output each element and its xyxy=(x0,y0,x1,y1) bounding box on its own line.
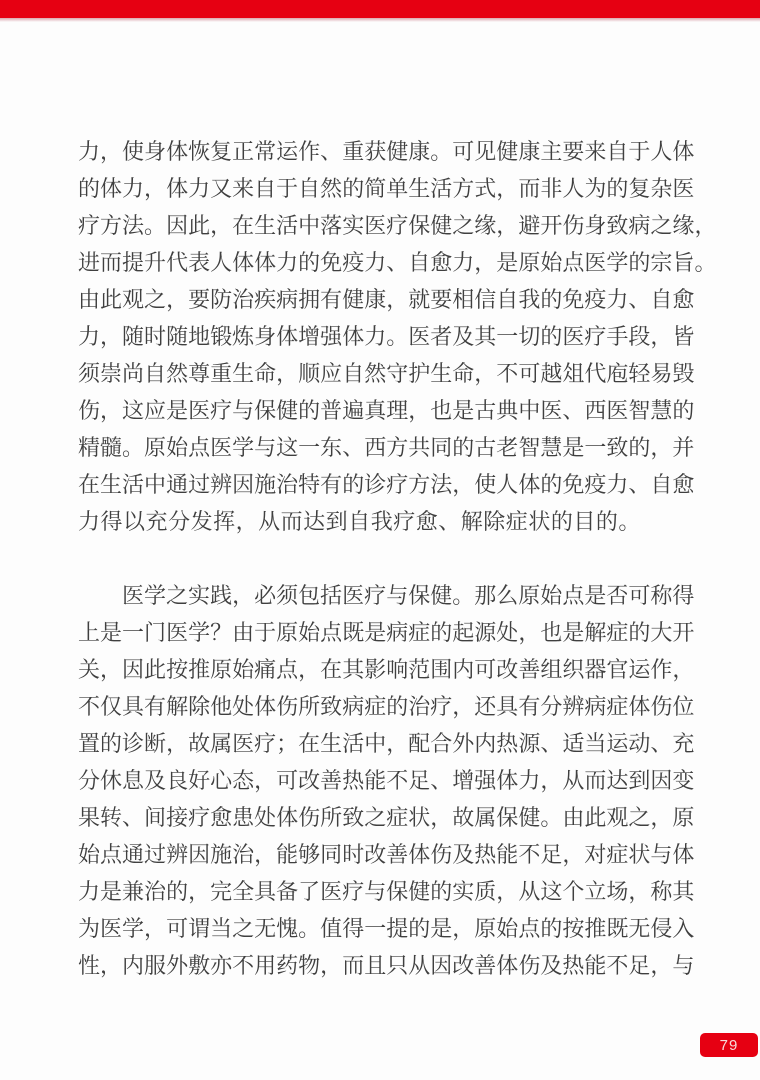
text-line: 精髓。原始点医学与这一东、西方共同的古老智慧是一致的，并 xyxy=(78,428,688,465)
text-line: 伤，这应是医疗与保健的普遍真理，也是古典中医、西医智慧的 xyxy=(78,391,688,428)
text-line: 上是一门医学？由于原始点既是病症的起源处，也是解症的大开 xyxy=(78,613,688,650)
text-line: 力得以充分发挥，从而达到自我疗愈、解除症状的目的。 xyxy=(78,502,688,539)
text-line: 在生活中通过辨因施治特有的诊疗方法，使人体的免疫力、自愈 xyxy=(78,465,688,502)
book-page: 力，使身体恢复正常运作、重获健康。可见健康主要来自于人体的体力，体力又来自于自然… xyxy=(0,0,760,1080)
text-line: 置的诊断，故属医疗；在生活中，配合外内热源、适当运动、充 xyxy=(78,724,688,761)
text-line: 性，内服外敷亦不用药物，而且只从因改善体伤及热能不足，与 xyxy=(78,946,688,983)
page-number-badge: 79 xyxy=(700,1033,758,1057)
text-line: 疗方法。因此，在生活中落实医疗保健之缘，避开伤身致病之缘， xyxy=(78,206,688,243)
text-line: 分休息及良好心态，可改善热能不足、增强体力，从而达到因变 xyxy=(78,761,688,798)
top-red-bar xyxy=(0,0,760,18)
text-line: 力是兼治的，完全具备了医疗与保健的实质，从这个立场，称其 xyxy=(78,872,688,909)
text-line: 医学之实践，必须包括医疗与保健。那么原始点是否可称得 xyxy=(78,576,688,613)
paragraph: 力，使身体恢复正常运作、重获健康。可见健康主要来自于人体的体力，体力又来自于自然… xyxy=(78,132,688,539)
text-line: 果转、间接疗愈患处体伤所致之症状，故属保健。由此观之，原 xyxy=(78,798,688,835)
paragraph: 医学之实践，必须包括医疗与保健。那么原始点是否可称得上是一门医学？由于原始点既是… xyxy=(78,576,688,983)
page-number: 79 xyxy=(720,1038,739,1053)
text-line: 始点通过辨因施治，能够同时改善体伤及热能不足，对症状与体 xyxy=(78,835,688,872)
text-line: 须崇尚自然尊重生命，顺应自然守护生命，不可越俎代庖轻易毁 xyxy=(78,354,688,391)
text-line: 进而提升代表人体体力的免疫力、自愈力，是原始点医学的宗旨。 xyxy=(78,243,688,280)
body-text: 力，使身体恢复正常运作、重获健康。可见健康主要来自于人体的体力，体力又来自于自然… xyxy=(78,132,688,1020)
text-line: 力，使身体恢复正常运作、重获健康。可见健康主要来自于人体 xyxy=(78,132,688,169)
text-line: 由此观之，要防治疾病拥有健康，就要相信自我的免疫力、自愈 xyxy=(78,280,688,317)
text-line: 不仅具有解除他处体伤所致病症的治疗，还具有分辨病症体伤位 xyxy=(78,687,688,724)
text-line: 力，随时随地锻炼身体增强体力。医者及其一切的医疗手段，皆 xyxy=(78,317,688,354)
text-line: 为医学，可谓当之无愧。值得一提的是，原始点的按推既无侵入 xyxy=(78,909,688,946)
text-line: 的体力，体力又来自于自然的简单生活方式，而非人为的复杂医 xyxy=(78,169,688,206)
text-line: 关，因此按推原始痛点，在其影响范围内可改善组织器官运作， xyxy=(78,650,688,687)
